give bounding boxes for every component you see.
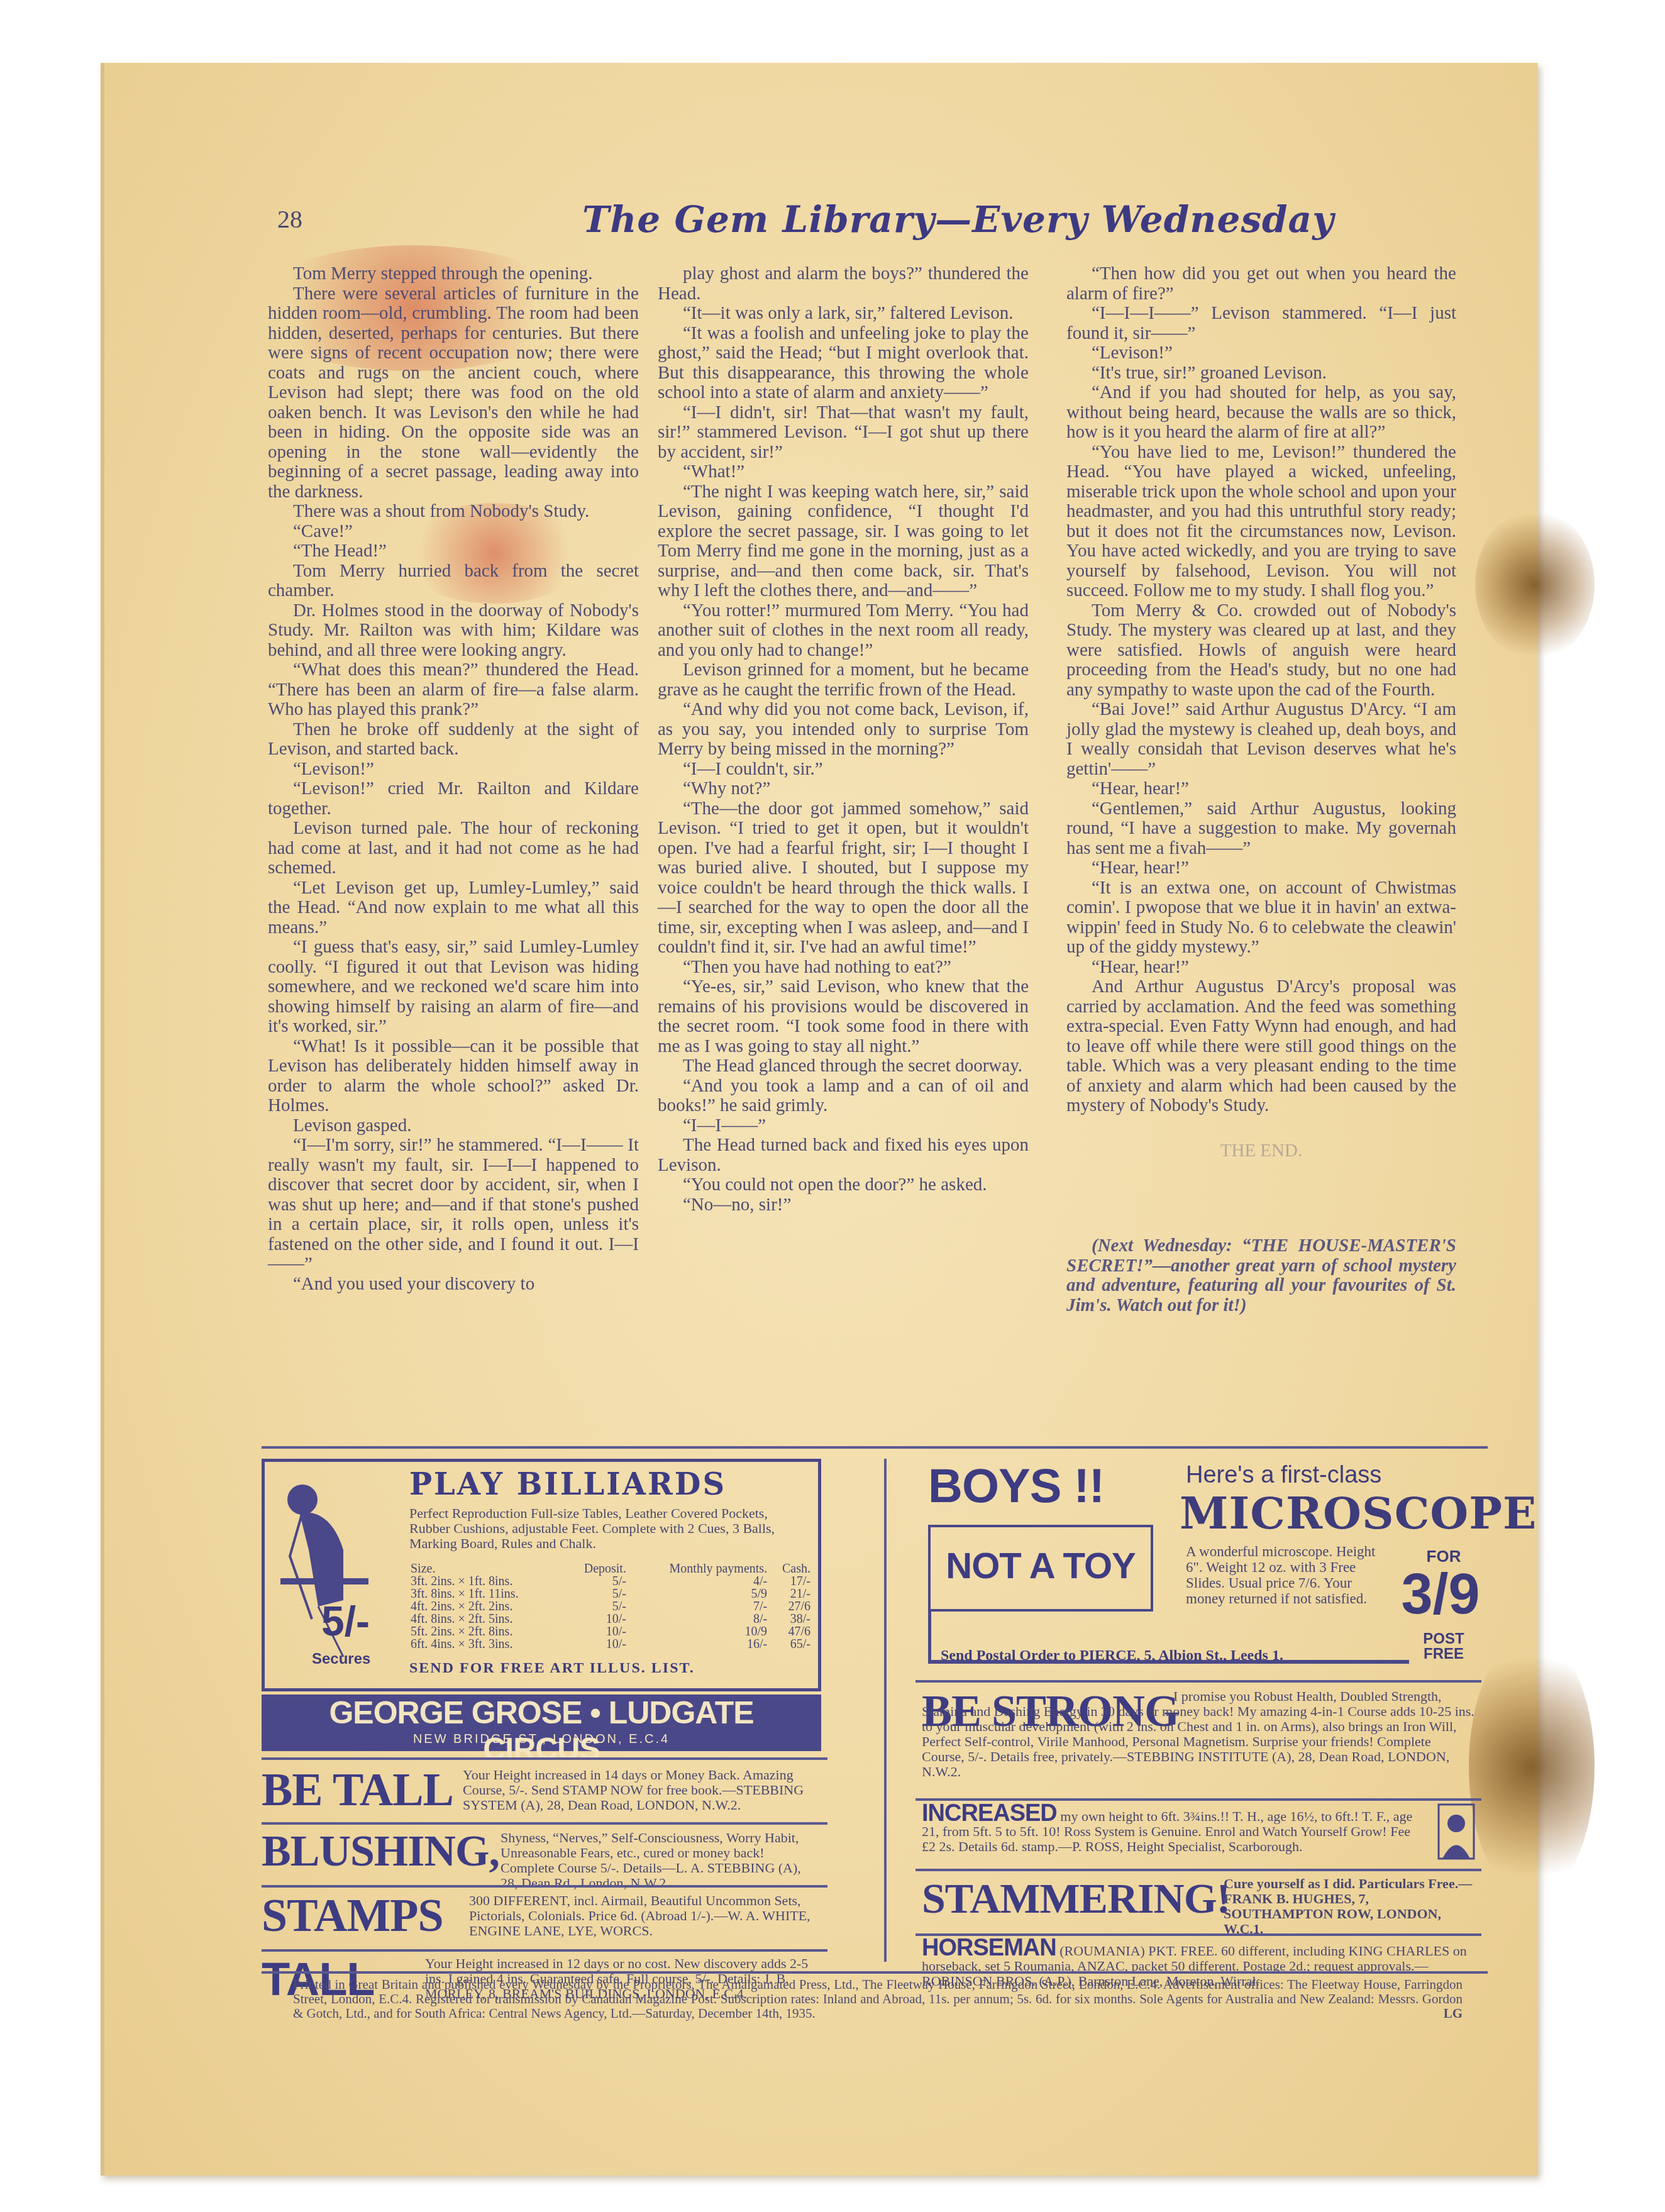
microscope-body: A wonderful microscope. Height 6". Weigh…: [1186, 1544, 1387, 1606]
story-paragraph: “You could not open the door?” he asked.: [658, 1175, 1029, 1195]
table-cell: 47/6: [768, 1625, 812, 1638]
table-cell: 3ft. 8ins. × 1ft. 11ins.: [409, 1588, 565, 1600]
billiards-price-caption: Secures: [312, 1651, 370, 1668]
story-paragraph: “What! Is it possible—can it be possible…: [268, 1037, 639, 1116]
table-row: 4ft. 8ins. × 2ft. 5ins.10/-8/-38/-: [409, 1613, 812, 1625]
table-cell: 7/-: [628, 1600, 768, 1613]
story-paragraph: “Bai Jove!” said Arthur Augustus D'Arcy.…: [1066, 700, 1456, 779]
burn-stain-lower-right: [1469, 1635, 1595, 1899]
grose-address: NEW BRIDGE ST., LONDON, E.C.4: [262, 1732, 821, 1747]
stamps-headline: STAMPS: [262, 1889, 443, 1943]
story-paragraph: “You have lied to me, Levison!” thundere…: [1066, 443, 1456, 601]
story-paragraph: “I—I—I——” Levison stammered. “I—I just f…: [1066, 304, 1456, 343]
billiards-title: PLAY BILLIARDS: [409, 1467, 726, 1502]
blushing-ad: BLUSHING, Shyness, “Nerves,” Self-Consci…: [262, 1827, 821, 1889]
divider: [262, 1822, 827, 1825]
story-paragraph: Levison grinned for a moment, but he bec…: [658, 660, 1029, 700]
table-cell: 10/9: [628, 1625, 768, 1638]
story-paragraph: “Ye-es, sir,” said Levison, who knew tha…: [658, 977, 1029, 1056]
microscope-post-free: POST FREE: [1412, 1632, 1475, 1662]
imprint-code: LG: [1444, 2006, 1463, 2021]
story-paragraph: “And why did you not come back, Levison,…: [658, 700, 1029, 760]
story-paragraph: “Let Levison get up, Lumley-Lumley,” sai…: [268, 878, 639, 938]
story-paragraph: “I guess that's easy, sir,” said Lumley-…: [268, 937, 639, 1037]
divider: [262, 1949, 827, 1952]
not-a-toy-box: NOT A TOY: [928, 1525, 1153, 1612]
table-cell: 8/-: [628, 1613, 768, 1625]
horseman-headline: HORSEMAN: [922, 1935, 1056, 1961]
advertisements: PLAY BILLIARDS Perfect Reproduction Full…: [262, 1446, 1488, 1974]
story-paragraph: “Then you have had nothing to eat?”: [658, 958, 1029, 978]
story-paragraph: Tom Merry hurried back from the secret c…: [268, 561, 639, 601]
table-row: 3ft. 8ins. × 1ft. 11ins.5/-5/921/-: [409, 1588, 812, 1600]
table-cell: 5ft. 2ins. × 2ft. 8ins.: [409, 1625, 565, 1638]
story-paragraph: “And if you had shouted for help, as you…: [1066, 383, 1456, 443]
next-week-teaser: (Next Wednesday: “THE HOUSE-MASTER'S SEC…: [1066, 1236, 1456, 1315]
divider: [262, 1971, 1488, 1974]
microscope-headline: MICROSCOPE: [1180, 1487, 1537, 1539]
story-paragraph: Levison turned pale. The hour of reckoni…: [268, 819, 639, 878]
table-cell: 5/-: [565, 1588, 628, 1600]
table-cell: 27/6: [768, 1600, 812, 1613]
table-cell: 5/-: [565, 1575, 628, 1588]
story-paragraph: Dr. Holmes stood in the doorway of Nobod…: [268, 601, 639, 661]
story-paragraph: Tom Merry & Co. crowded out of Nobody's …: [1066, 601, 1456, 700]
story-paragraph: “It's true, sir!” groaned Levison.: [1066, 363, 1456, 384]
story-paragraph: “No—no, sir!”: [658, 1195, 1029, 1215]
story-paragraph: “I—I couldn't, sir.”: [658, 760, 1029, 780]
story-paragraph: The Head turned back and fixed his eyes …: [658, 1136, 1029, 1175]
table-cell: 21/-: [768, 1588, 812, 1600]
story-paragraph: “Then how did you get out when you heard…: [1066, 264, 1456, 304]
story-paragraph: “What does this mean?” thundered the Hea…: [268, 660, 639, 720]
increased-headline: INCREASED: [922, 1800, 1057, 1827]
portrait-illustration: [1437, 1803, 1475, 1860]
masthead-title: The Gem Library—Every Wednesday: [582, 198, 1334, 241]
magazine-page: 28 The Gem Library—Every Wednesday Tom M…: [101, 63, 1538, 2176]
be-tall-headline: BE TALL: [262, 1764, 453, 1817]
story-paragraph: Tom Merry stepped through the opening.: [268, 264, 639, 284]
story-paragraph: “The night I was keeping watch here, sir…: [658, 482, 1029, 601]
table-header: Cash.: [768, 1562, 812, 1575]
be-tall-ad: BE TALL Your Height increased in 14 days…: [262, 1764, 821, 1827]
grose-name: GEORGE GROSE • LUDGATE CIRCUS: [268, 1695, 815, 1767]
table-row: 4ft. 2ins. × 2ft. 2ins.5/-7/-27/6: [409, 1600, 812, 1613]
story-paragraph: There was a shout from Nobody's Study.: [268, 502, 639, 522]
story-paragraph: “Why not?”: [658, 779, 1029, 799]
table-cell: 4ft. 8ins. × 2ft. 5ins.: [409, 1613, 565, 1625]
story-paragraph: “I—I'm sorry, sir!” he stammered. “I—I——…: [268, 1136, 639, 1275]
divider: [884, 1459, 887, 1962]
billiards-send-line: SEND FOR FREE ART ILLUS. LIST.: [409, 1660, 695, 1677]
billiards-description: Perfect Reproduction Full-size Tables, L…: [409, 1506, 805, 1551]
table-header: Deposit.: [565, 1562, 628, 1575]
stamps-body: 300 DIFFERENT, incl. Airmail, Beautiful …: [469, 1893, 815, 1938]
story-paragraph: “I—I——”: [658, 1116, 1029, 1136]
story-paragraph: “I—I didn't, sir! That—that wasn't my fa…: [658, 403, 1029, 463]
divider: [262, 1446, 1488, 1449]
billiards-price: 5/-: [321, 1597, 370, 1645]
page-number: 28: [277, 204, 302, 234]
story-paragraph: “Cave!”: [268, 522, 639, 542]
be-strong-ad: BE STRONG I promise you Robust Health, D…: [915, 1685, 1481, 1811]
table-header: Monthly payments.: [628, 1562, 768, 1575]
story-paragraph: The Head glanced through the secret door…: [658, 1056, 1029, 1076]
story-paragraph: “It is an extwa one, on account of Chwis…: [1066, 878, 1456, 958]
imprint: Printed in Great Britain and published e…: [293, 1977, 1463, 2021]
blushing-headline: BLUSHING,: [262, 1827, 499, 1877]
divider: [915, 1869, 1481, 1871]
stammering-headline: STAMMERING!: [922, 1874, 1230, 1923]
story-paragraph: “Hear, hear!”: [1066, 858, 1456, 878]
table-cell: 5/-: [565, 1600, 628, 1613]
table-row: 3ft. 2ins. × 1ft. 8ins.5/-4/-17/-: [409, 1575, 812, 1588]
page-header: 28 The Gem Library—Every Wednesday: [104, 198, 1538, 255]
billiards-price-table: Size.Deposit.Monthly payments.Cash. 3ft.…: [409, 1562, 812, 1651]
divider: [262, 1757, 827, 1760]
be-tall-body: Your Height increased in 14 days or Mone…: [463, 1767, 815, 1813]
story-paragraph: Then he broke off suddenly at the sight …: [268, 720, 639, 760]
story-paragraph: “You rotter!” murmured Tom Merry. “You h…: [658, 601, 1029, 661]
table-cell: 4ft. 2ins. × 2ft. 2ins.: [409, 1600, 565, 1613]
increased-ad: INCREASED my own height to 6ft. 3¾ins.!!…: [915, 1803, 1481, 1866]
story-paragraph: “Levison!” cried Mr. Railton and Kildare…: [268, 779, 639, 819]
story-paragraph: “Gentlemen,” said Arthur Augustus, looki…: [1066, 799, 1456, 859]
story-paragraph: “Hear, hear!”: [1066, 958, 1456, 978]
story-paragraph: “Levison!”: [1066, 343, 1456, 363]
story-paragraph: “Hear, hear!”: [1066, 779, 1456, 799]
table-cell: 10/-: [565, 1613, 628, 1625]
table-cell: 4/-: [628, 1575, 768, 1588]
table-cell: 3ft. 2ins. × 1ft. 8ins.: [409, 1575, 565, 1588]
stammering-body: Cure yourself as I did. Particulars Free…: [1224, 1876, 1475, 1937]
story-paragraph: “It was a foolish and unfeeling joke to …: [658, 324, 1029, 403]
story-paragraph: Levison gasped.: [268, 1116, 639, 1136]
story-column-1: Tom Merry stepped through the opening.Th…: [268, 264, 639, 1294]
table-header: Size.: [409, 1562, 565, 1575]
story-paragraph: “Levison!”: [268, 760, 639, 780]
story-paragraph: “The—the door got jammed somehow,” said …: [658, 799, 1029, 958]
the-end-label: THE END.: [1066, 1141, 1456, 1161]
story-columns: Tom Merry stepped through the opening.Th…: [268, 264, 1481, 1434]
table-cell: 10/-: [565, 1625, 628, 1638]
story-paragraph: “The Head!”: [268, 541, 639, 561]
divider: [262, 1885, 827, 1888]
story-paragraph: play ghost and alarm the boys?” thundere…: [658, 264, 1029, 304]
table-cell: 38/-: [768, 1613, 812, 1625]
stammering-ad: STAMMERING! Cure yourself as I did. Part…: [915, 1874, 1481, 1937]
story-paragraph: “And you took a lamp and a can of oil an…: [658, 1076, 1029, 1116]
microscope-ad: BOYS !! NOT A TOY Here's a first-class M…: [915, 1459, 1481, 1679]
increased-body: INCREASED my own height to 6ft. 3¾ins.!!…: [922, 1806, 1425, 1854]
table-cell: 17/-: [768, 1575, 812, 1588]
blushing-body: Shyness, “Nerves,” Self-Consciousness, W…: [501, 1830, 815, 1891]
microscope-intro: Here's a first-class: [1186, 1462, 1381, 1489]
table-cell: 16/-: [628, 1638, 768, 1651]
story-paragraph: “And you used your discovery to: [268, 1275, 639, 1295]
boys-headline: BOYS !!: [928, 1459, 1104, 1513]
story-paragraph: “What!”: [658, 462, 1029, 482]
table-cell: 6ft. 4ins. × 3ft. 3ins.: [409, 1638, 565, 1651]
story-paragraph: And Arthur Augustus D'Arcy's proposal wa…: [1066, 977, 1456, 1116]
story-paragraph: “It—it was only a lark, sir,” faltered L…: [658, 304, 1029, 324]
burn-stain-upper-right: [1475, 509, 1595, 660]
billiards-ad: PLAY BILLIARDS Perfect Reproduction Full…: [262, 1459, 821, 1691]
george-grose-banner: GEORGE GROSE • LUDGATE CIRCUS NEW BRIDGE…: [262, 1695, 821, 1751]
stamps-ad: STAMPS 300 DIFFERENT, incl. Airmail, Bea…: [262, 1889, 821, 1952]
table-cell: 5/9: [628, 1588, 768, 1600]
table-cell: 10/-: [565, 1638, 628, 1651]
imprint-text: Printed in Great Britain and published e…: [293, 1977, 1463, 2021]
microscope-order-line: Send Postal Order to PIERCE, 5, Albion S…: [941, 1647, 1283, 1664]
table-row: 5ft. 2ins. × 2ft. 8ins.10/-10/947/6: [409, 1625, 812, 1638]
story-column-3: “Then how did you get out when you heard…: [1066, 264, 1456, 1315]
be-strong-body: I promise you Robust Health, Doubled Str…: [922, 1689, 1475, 1779]
divider: [915, 1680, 1481, 1683]
table-cell: 65/-: [768, 1638, 812, 1651]
not-a-toy-label: NOT A TOY: [931, 1545, 1151, 1587]
table-row: 6ft. 4ins. × 3ft. 3ins.10/-16/-65/-: [409, 1638, 812, 1651]
story-paragraph: There were several articles of furniture…: [268, 284, 639, 502]
story-column-2: play ghost and alarm the boys?” thundere…: [658, 264, 1029, 1215]
